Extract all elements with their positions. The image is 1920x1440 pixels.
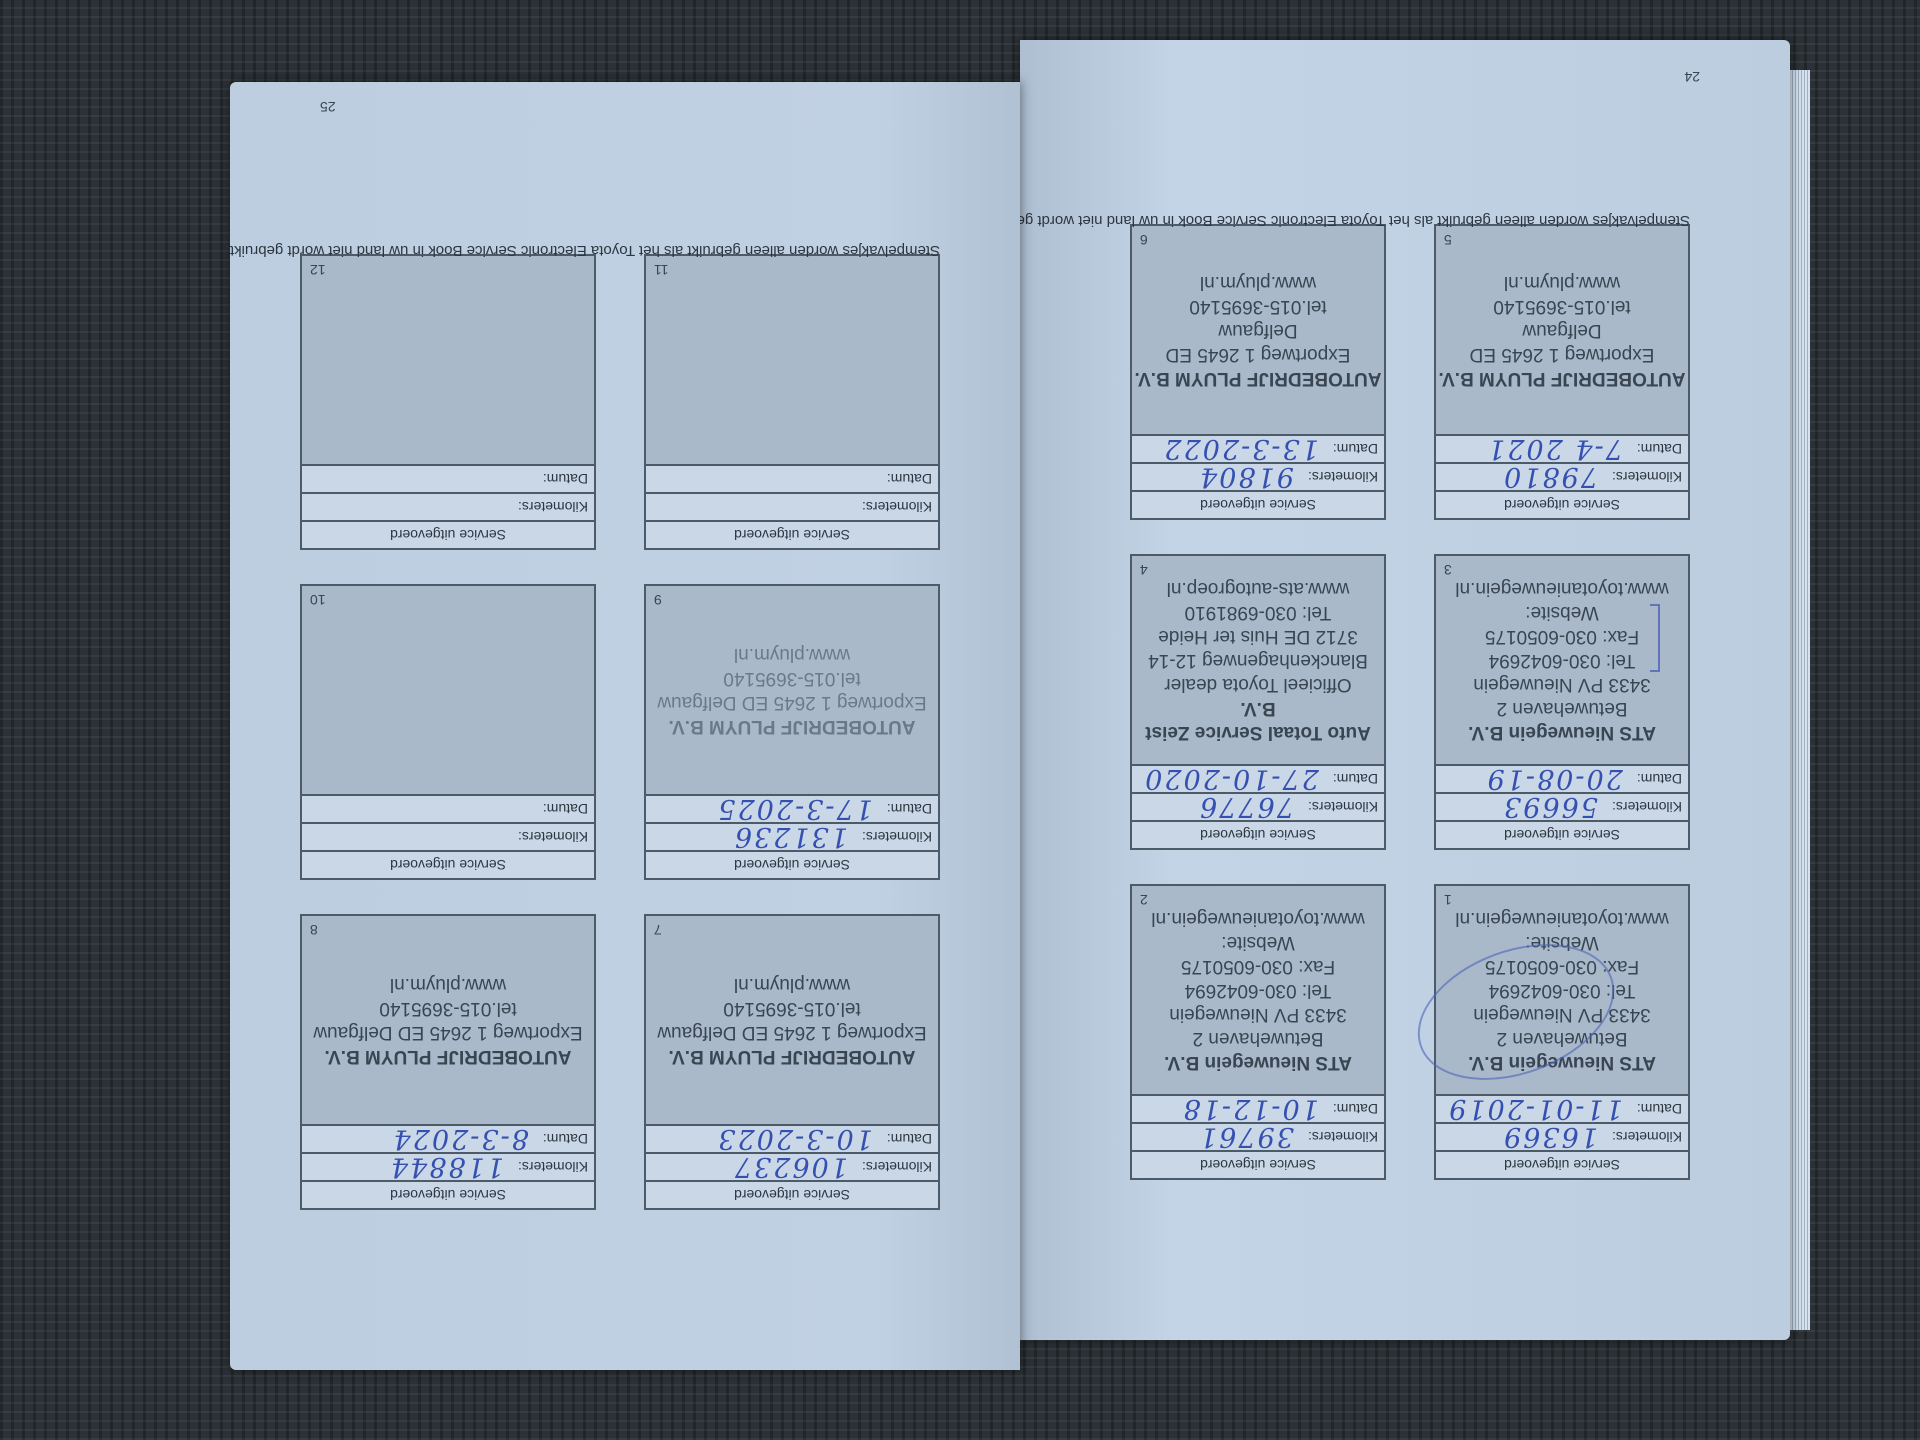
dealer-stamp: AUTOBEDRIJF PLUYM B.V.Exportweg 1 2645 E… <box>313 972 582 1068</box>
service-stamp-box: Service uitgevoerd Kilometers: Datum: 12 <box>300 254 596 550</box>
dealer-stamp: Auto Totaal Service Zeist B.V.Officieel … <box>1132 576 1384 744</box>
stamp-line: tel.015-3695140 <box>657 996 926 1020</box>
kilometers-row: Kilometers: <box>302 492 594 520</box>
stamp-line: Tel: 030-6981910 <box>1132 600 1384 624</box>
service-label-row: Service uitgevoerd <box>1436 820 1688 848</box>
stamp-line: Exportweg 1 2645 ED Delfgauw <box>313 1020 582 1044</box>
date-value: 11-01-2019 <box>1447 1096 1623 1123</box>
box-number: 3 <box>1444 562 1452 578</box>
service-label: Service uitgevoerd <box>390 527 506 543</box>
service-stamp-box: Service uitgevoerd Kilometers: 131236 Da… <box>644 584 940 880</box>
stamp-line: ATS Nieuwegein B.V. <box>1132 1050 1384 1074</box>
date-row: Datum: 8-3-2024 <box>302 1124 594 1152</box>
dealer-stamp-area: AUTOBEDRIJF PLUYM B.V.Exportweg 1 2645 E… <box>646 916 938 1124</box>
dealer-stamp-area: ATS Nieuwegein B.V.Betuwehaven 23433 PV … <box>1132 886 1384 1094</box>
dealer-stamp-area: ATS Nieuwegein B.V.Betuwehaven 23433 PV … <box>1436 556 1688 764</box>
service-label-row: Service uitgevoerd <box>1132 490 1384 518</box>
stamp-line: Blanckenhagenweg 12-14 <box>1132 648 1384 672</box>
kilometers-value: 39761 <box>1198 1124 1294 1151</box>
stamp-line: Betuwehaven 2 <box>1132 1026 1384 1050</box>
stamp-line: 3433 PV Nieuwegein <box>1132 1002 1384 1026</box>
date-label: Datum: <box>543 471 588 487</box>
date-label: Datum: <box>1637 771 1682 787</box>
service-stamp-box: Service uitgevoerd Kilometers: 16369 Dat… <box>1434 884 1690 1180</box>
kilometers-label: Kilometers: <box>1612 469 1682 485</box>
date-value: 27-10-2020 <box>1143 766 1319 793</box>
stamp-line: www.pluym.nl <box>657 972 926 996</box>
service-label: Service uitgevoerd <box>734 527 850 543</box>
date-value: 8-3-2024 <box>392 1126 529 1153</box>
date-value: 20-08-19 <box>1486 766 1623 793</box>
kilometers-row: Kilometers: 76776 <box>1132 792 1384 820</box>
dealer-stamp: AUTOBEDRIJF PLUYM B.V.Exportweg 1 2645 E… <box>1132 270 1384 390</box>
stamp-grid-page-24: Service uitgevoerd Kilometers: 16369 Dat… <box>1130 224 1690 1180</box>
pen-bracket-mark <box>1650 604 1660 672</box>
service-label-row: Service uitgevoerd <box>646 850 938 878</box>
box-number: 2 <box>1140 892 1148 908</box>
kilometers-label: Kilometers: <box>1308 1129 1378 1145</box>
box-number: 6 <box>1140 232 1148 248</box>
dealer-stamp-area: 10 <box>302 586 594 794</box>
stamp-line: www.pluym.nl <box>657 642 926 666</box>
service-label: Service uitgevoerd <box>390 1187 506 1203</box>
date-row: Datum: 13-3-2022 <box>1132 434 1384 462</box>
date-row: Datum: 11-01-2019 <box>1436 1094 1688 1122</box>
service-label-row: Service uitgevoerd <box>302 520 594 548</box>
date-row: Datum: <box>302 794 594 822</box>
dealer-stamp-area: AUTOBEDRIJF PLUYM B.V.Exportweg 1 2645 E… <box>646 586 938 794</box>
stamp-line: Betuwehaven 2 <box>1436 696 1688 720</box>
dealer-stamp-area: AUTOBEDRIJF PLUYM B.V.Exportweg 1 2645 E… <box>302 916 594 1124</box>
service-label: Service uitgevoerd <box>1504 497 1620 513</box>
kilometers-label: Kilometers: <box>1612 1129 1682 1145</box>
date-label: Datum: <box>1637 1101 1682 1117</box>
service-label: Service uitgevoerd <box>1504 827 1620 843</box>
kilometers-row: Kilometers: 16369 <box>1436 1122 1688 1150</box>
kilometers-value: 79810 <box>1502 464 1598 491</box>
stamp-line: ATS Nieuwegein B.V. <box>1436 720 1688 744</box>
dealer-stamp: AUTOBEDRIJF PLUYM B.V.Exportweg 1 2645 E… <box>1436 270 1688 390</box>
date-value: 13-3-2022 <box>1162 436 1319 463</box>
service-label-row: Service uitgevoerd <box>1132 820 1384 848</box>
kilometers-row: Kilometers: 39761 <box>1132 1122 1384 1150</box>
dealer-stamp-area: ATS Nieuwegein B.V.Betuwehaven 23433 PV … <box>1436 886 1688 1094</box>
stamp-line: www.pluym.nl <box>313 972 582 996</box>
stamp-line: tel.015-3695140 <box>1132 294 1384 318</box>
service-stamp-box: Service uitgevoerd Kilometers: Datum: 10 <box>300 584 596 880</box>
service-stamp-box: Service uitgevoerd Kilometers: 39761 Dat… <box>1130 884 1386 1180</box>
date-row: Datum: 10-12-18 <box>1132 1094 1384 1122</box>
date-label: Datum: <box>1333 441 1378 457</box>
dealer-stamp-area: Auto Totaal Service Zeist B.V.Officieel … <box>1132 556 1384 764</box>
stamp-line: Exportweg 1 2645 ED Delfgauw <box>1436 318 1688 366</box>
box-number: 9 <box>654 592 662 608</box>
stamp-grid-page-25: Service uitgevoerd Kilometers: 106237 Da… <box>300 254 940 1210</box>
stamp-line: Auto Totaal Service Zeist B.V. <box>1132 696 1384 744</box>
stamp-line: Website: www.toyotanieuwegein.nl <box>1132 906 1384 954</box>
stamp-line: Exportweg 1 2645 ED Delfgauw <box>1132 318 1384 366</box>
stamp-line: 3712 DE Huis ter Heide <box>1132 624 1384 648</box>
dealer-stamp-area: AUTOBEDRIJF PLUYM B.V.Exportweg 1 2645 E… <box>1132 226 1384 434</box>
service-label: Service uitgevoerd <box>1200 1157 1316 1173</box>
stamp-line: www.pluym.nl <box>1436 270 1688 294</box>
service-label: Service uitgevoerd <box>1504 1157 1620 1173</box>
date-label: Datum: <box>887 471 932 487</box>
kilometers-row: Kilometers: <box>302 822 594 850</box>
date-value: 10-3-2023 <box>716 1126 873 1153</box>
service-label: Service uitgevoerd <box>1200 827 1316 843</box>
stamp-line: AUTOBEDRIJF PLUYM B.V. <box>1132 366 1384 390</box>
footnote-page-24: Stempelvakjes worden alleen gebruikt als… <box>970 210 1690 230</box>
service-stamp-box: Service uitgevoerd Kilometers: 118844 Da… <box>300 914 596 1210</box>
stamp-line: www.ats-autogroep.nl <box>1132 576 1384 600</box>
service-label-row: Service uitgevoerd <box>646 1180 938 1208</box>
date-row: Datum: 27-10-2020 <box>1132 764 1384 792</box>
service-label-row: Service uitgevoerd <box>1436 490 1688 518</box>
kilometers-value: 118844 <box>389 1154 504 1181</box>
kilometers-label: Kilometers: <box>862 1159 932 1175</box>
service-stamp-box: Service uitgevoerd Kilometers: 91804 Dat… <box>1130 224 1386 520</box>
kilometers-row: Kilometers: 131236 <box>646 822 938 850</box>
dealer-stamp-area: 12 <box>302 256 594 464</box>
stamp-line: Exportweg 1 2645 ED Delfgauw <box>657 690 926 714</box>
date-label: Datum: <box>543 801 588 817</box>
date-row: Datum: 20-08-19 <box>1436 764 1688 792</box>
service-stamp-box: Service uitgevoerd Kilometers: Datum: 11 <box>644 254 940 550</box>
page-number-25: 25 <box>320 99 336 115</box>
kilometers-label: Kilometers: <box>862 499 932 515</box>
date-value: 10-12-18 <box>1182 1096 1319 1123</box>
date-label: Datum: <box>1637 441 1682 457</box>
service-label: Service uitgevoerd <box>1200 497 1316 513</box>
stamp-line: AUTOBEDRIJF PLUYM B.V. <box>657 1044 926 1068</box>
dealer-stamp: ATS Nieuwegein B.V.Betuwehaven 23433 PV … <box>1132 906 1384 1074</box>
kilometers-label: Kilometers: <box>518 499 588 515</box>
kilometers-label: Kilometers: <box>862 829 932 845</box>
stamp-line: Fax: 030-6050175 <box>1132 954 1384 978</box>
footnote-page-25: Stempelvakjes worden alleen gebruikt als… <box>220 240 940 260</box>
stamp-line: Exportweg 1 2645 ED Delfgauw <box>657 1020 926 1044</box>
date-label: Datum: <box>887 801 932 817</box>
stamp-line: tel.015-3695140 <box>313 996 582 1020</box>
date-row: Datum: 17-3-2025 <box>646 794 938 822</box>
service-label: Service uitgevoerd <box>734 857 850 873</box>
date-label: Datum: <box>887 1131 932 1147</box>
page-25: Service uitgevoerd Kilometers: 106237 Da… <box>230 82 1020 1370</box>
service-stamp-box: Service uitgevoerd Kilometers: 79810 Dat… <box>1434 224 1690 520</box>
stamp-line: AUTOBEDRIJF PLUYM B.V. <box>1436 366 1688 390</box>
dealer-stamp-area: AUTOBEDRIJF PLUYM B.V.Exportweg 1 2645 E… <box>1436 226 1688 434</box>
service-label-row: Service uitgevoerd <box>302 1180 594 1208</box>
stamp-line: www.pluym.nl <box>1132 270 1384 294</box>
box-number: 5 <box>1444 232 1452 248</box>
date-row: Datum: <box>646 464 938 492</box>
dealer-stamp: AUTOBEDRIJF PLUYM B.V.Exportweg 1 2645 E… <box>657 642 926 738</box>
kilometers-row: Kilometers: 91804 <box>1132 462 1384 490</box>
kilometers-row: Kilometers: <box>646 492 938 520</box>
kilometers-value: 131236 <box>733 824 848 851</box>
stamp-line: Officieel Toyota dealer <box>1132 672 1384 696</box>
date-row: Datum: 10-3-2023 <box>646 1124 938 1152</box>
box-number: 7 <box>654 922 662 938</box>
box-number: 10 <box>310 592 326 608</box>
service-stamp-box: Service uitgevoerd Kilometers: 76776 Dat… <box>1130 554 1386 850</box>
service-label-row: Service uitgevoerd <box>1132 1150 1384 1178</box>
stamp-line: Tel: 030-6042694 <box>1132 978 1384 1002</box>
kilometers-row: Kilometers: 106237 <box>646 1152 938 1180</box>
date-value: 17-3-2025 <box>716 796 873 823</box>
kilometers-label: Kilometers: <box>518 1159 588 1175</box>
date-row: Datum: <box>302 464 594 492</box>
kilometers-label: Kilometers: <box>1612 799 1682 815</box>
date-value: 7-4 2021 <box>1486 436 1623 463</box>
service-label-row: Service uitgevoerd <box>646 520 938 548</box>
service-label: Service uitgevoerd <box>390 857 506 873</box>
box-number: 1 <box>1444 892 1452 908</box>
kilometers-label: Kilometers: <box>1308 469 1378 485</box>
page-24: Service uitgevoerd Kilometers: 16369 Dat… <box>1020 40 1790 1340</box>
date-label: Datum: <box>1333 1101 1378 1117</box>
box-number: 4 <box>1140 562 1148 578</box>
service-label-row: Service uitgevoerd <box>302 850 594 878</box>
stamp-line: tel.015-3695140 <box>1436 294 1688 318</box>
stamp-line: tel.015-3695140 <box>657 666 926 690</box>
stamp-line: AUTOBEDRIJF PLUYM B.V. <box>313 1044 582 1068</box>
kilometers-row: Kilometers: 118844 <box>302 1152 594 1180</box>
dealer-stamp: AUTOBEDRIJF PLUYM B.V.Exportweg 1 2645 E… <box>657 972 926 1068</box>
service-stamp-box: Service uitgevoerd Kilometers: 106237 Da… <box>644 914 940 1210</box>
kilometers-row: Kilometers: 56693 <box>1436 792 1688 820</box>
date-label: Datum: <box>1333 771 1378 787</box>
box-number: 11 <box>654 262 669 278</box>
kilometers-label: Kilometers: <box>518 829 588 845</box>
box-number: 8 <box>310 922 318 938</box>
service-label: Service uitgevoerd <box>734 1187 850 1203</box>
kilometers-value: 91804 <box>1198 464 1294 491</box>
date-row: Datum: 7-4 2021 <box>1436 434 1688 462</box>
kilometers-value: 106237 <box>733 1154 848 1181</box>
service-label-row: Service uitgevoerd <box>1436 1150 1688 1178</box>
stamp-line: AUTOBEDRIJF PLUYM B.V. <box>657 714 926 738</box>
date-label: Datum: <box>543 1131 588 1147</box>
service-stamp-box: Service uitgevoerd Kilometers: 56693 Dat… <box>1434 554 1690 850</box>
box-number: 12 <box>310 262 326 278</box>
kilometers-row: Kilometers: 79810 <box>1436 462 1688 490</box>
kilometers-value: 56693 <box>1502 794 1598 821</box>
service-book-spread: Service uitgevoerd Kilometers: 16369 Dat… <box>0 0 1920 1440</box>
kilometers-label: Kilometers: <box>1308 799 1378 815</box>
stamp-line: 3433 PV Nieuwegein <box>1436 672 1688 696</box>
dealer-stamp-area: 11 <box>646 256 938 464</box>
page-number-24: 24 <box>1684 69 1700 85</box>
kilometers-value: 76776 <box>1198 794 1294 821</box>
kilometers-value: 16369 <box>1502 1124 1598 1151</box>
